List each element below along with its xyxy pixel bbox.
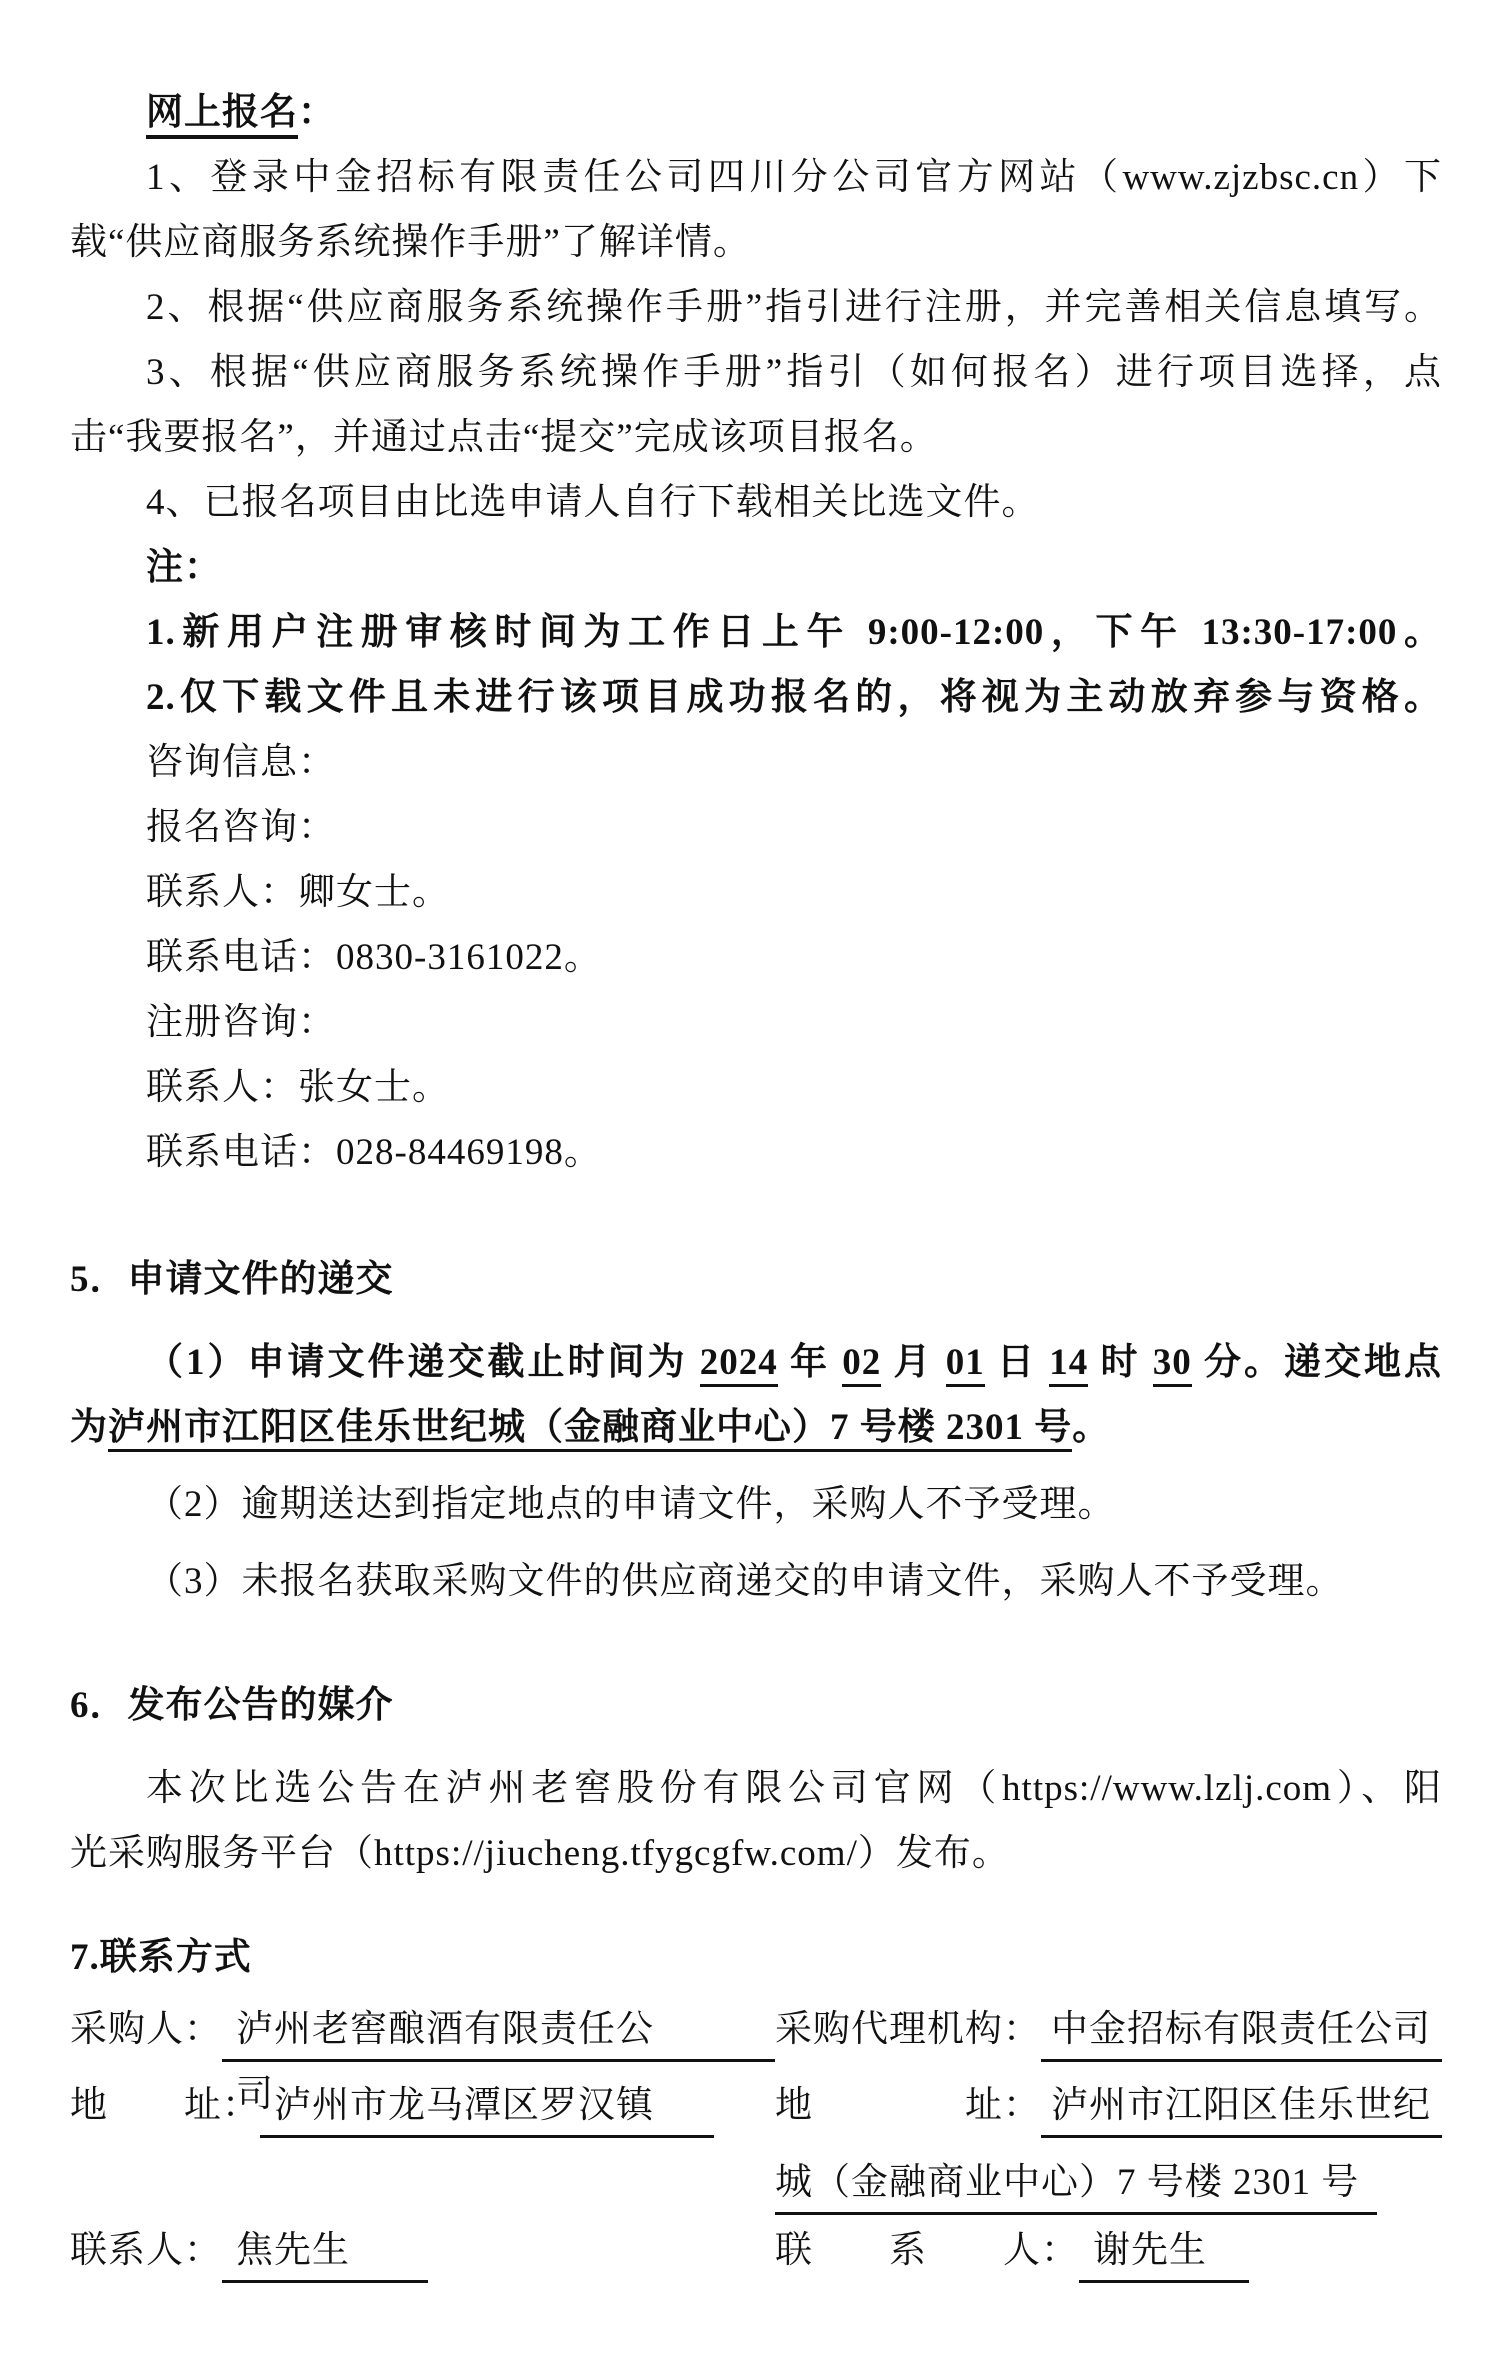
contact-row-names: 采购人：泸州老窖酿酒有限责任公司 采购代理机构：中金招标有限责任公司	[70, 1997, 1442, 2062]
section5-p1-line1: （1）申请文件递交截止时间为 2024 年 02 月 01 日 14 时 30 …	[70, 1330, 1442, 1395]
section7-heading: 7.联系方式	[70, 1925, 1442, 1990]
agency-address-label: 地 址：	[775, 2073, 1041, 2138]
step1-line2: 载“供应商服务系统操作手册”了解详情。	[70, 210, 1442, 275]
purchaser-cell: 采购人：泸州老窖酿酒有限责任公司	[70, 1997, 775, 2062]
deadline-hour-unit: 时	[1088, 1342, 1153, 1383]
note-label: 注：	[70, 535, 1442, 600]
online-signup-heading: 网上报名：	[70, 80, 1442, 145]
agency-cell: 采购代理机构：中金招标有限责任公司	[775, 1997, 1442, 2062]
spacer	[70, 1460, 1442, 1472]
deadline-text: （1）申请文件递交截止时间为	[146, 1342, 700, 1383]
step1-line1: 1、登录中金招标有限责任公司四川分公司官方网站（www.zjzbsc.cn）下	[70, 145, 1442, 210]
agency-contact-value: 谢先生	[1079, 2218, 1249, 2283]
spacer	[70, 1312, 1442, 1330]
section5-p1-line2: 为泸州市江阳区佳乐世纪城（金融商业中心）7 号楼 2301 号。	[70, 1395, 1442, 1460]
note-item-1: 1.新用户注册审核时间为工作日上午 9:00-12:00，下午 13:30-17…	[70, 600, 1442, 665]
address-period: 。	[1072, 1407, 1110, 1448]
section6-body-line1: 本次比选公告在泸州老窖股份有限公司官网（https://www.lzlj.com…	[70, 1756, 1442, 1821]
step4-line: 4、已报名项目由比选申请人自行下载相关比选文件。	[70, 470, 1442, 535]
signup-consult-title: 报名咨询：	[70, 795, 1442, 860]
deadline-day: 01	[946, 1342, 985, 1387]
online-signup-heading-colon: ：	[298, 92, 336, 133]
section5-p3: （3）未报名获取采购文件的供应商递交的申请文件，采购人不予受理。	[70, 1549, 1442, 1614]
agency-value: 中金招标有限责任公司	[1041, 1997, 1442, 2062]
agency-contact-cell: 联 系 人：谢先生	[775, 2218, 1442, 2283]
contact-row-persons: 联系人：焦先生 联 系 人：谢先生	[70, 2218, 1442, 2283]
document-page: 网上报名： 1、登录中金招标有限责任公司四川分公司官方网站（www.zjzbsc…	[0, 0, 1500, 2365]
purchaser-address-label: 地 址：	[70, 2073, 260, 2138]
deadline-day-unit: 日	[985, 1342, 1050, 1383]
consult-info-title: 咨询信息：	[70, 730, 1442, 795]
submission-address: 泸州市江阳区佳乐世纪城（金融商业中心）7 号楼 2301 号	[108, 1407, 1072, 1452]
purchaser-address-cell: 地 址：泸州市龙马潭区罗汉镇	[70, 2073, 775, 2138]
section6-heading: 6．发布公告的媒介	[70, 1673, 1442, 1738]
deadline-hour: 14	[1049, 1342, 1088, 1387]
purchaser-contact-label: 联系人：	[70, 2218, 222, 2283]
purchaser-address-value: 泸州市龙马潭区罗汉镇	[260, 2073, 714, 2138]
spacer	[70, 1886, 1442, 1925]
agency-address-cell: 地 址：泸州市江阳区佳乐世纪	[775, 2073, 1442, 2138]
section5-heading: 5．申请文件的递交	[70, 1247, 1442, 1312]
agency-address-cont-cell: 城（金融商业中心）7 号楼 2301 号	[775, 2150, 1442, 2215]
purchaser-contact-cell: 联系人：焦先生	[70, 2218, 775, 2283]
contact-row-address-cont: 城（金融商业中心）7 号楼 2301 号	[70, 2150, 1442, 2215]
agency-address-value-line2: 城（金融商业中心）7 号楼 2301 号	[775, 2150, 1377, 2215]
contact-row-address: 地 址：泸州市龙马潭区罗汉镇 地 址：泸州市江阳区佳乐世纪	[70, 2073, 1442, 2138]
agency-address-value-line1: 泸州市江阳区佳乐世纪	[1041, 2073, 1442, 2138]
online-signup-heading-text: 网上报名	[146, 92, 298, 139]
deadline-year: 2024	[700, 1342, 778, 1387]
deadline-year-unit: 年	[778, 1342, 843, 1383]
step3-line2: 击“我要报名”，并通过点击“提交”完成该项目报名。	[70, 405, 1442, 470]
purchaser-value: 泸州老窖酿酒有限责任公司	[222, 1997, 775, 2062]
deadline-month-unit: 月	[881, 1342, 946, 1383]
purchaser-contact-value: 焦先生	[222, 2218, 428, 2283]
empty-cell	[70, 2150, 775, 2215]
signup-consult-phone: 联系电话：0830-3161022。	[70, 925, 1442, 990]
deadline-tail: 分。递交地点	[1192, 1342, 1442, 1383]
section5-p2: （2）逾期送达到指定地点的申请文件，采购人不予受理。	[70, 1472, 1442, 1537]
step3-line1: 3、根据“供应商服务系统操作手册”指引（如何报名）进行项目选择，点	[70, 340, 1442, 405]
register-consult-title: 注册咨询：	[70, 990, 1442, 1055]
spacer	[70, 1614, 1442, 1673]
deadline-minute: 30	[1153, 1342, 1192, 1387]
spacer	[70, 1185, 1442, 1247]
step2-line: 2、根据“供应商服务系统操作手册”指引进行注册，并完善相关信息填写。	[70, 275, 1442, 340]
deadline-month: 02	[842, 1342, 881, 1387]
signup-consult-contact: 联系人：卿女士。	[70, 860, 1442, 925]
register-consult-contact: 联系人：张女士。	[70, 1055, 1442, 1120]
address-prefix: 为	[70, 1407, 108, 1448]
spacer	[70, 1990, 1442, 1997]
section6-body-line2: 光采购服务平台（https://jiucheng.tfygcgfw.com/）发…	[70, 1821, 1442, 1886]
agency-contact-label: 联 系 人：	[775, 2218, 1079, 2283]
agency-label: 采购代理机构：	[775, 1997, 1041, 2062]
spacer	[70, 1738, 1442, 1756]
note-item-2: 2.仅下载文件且未进行该项目成功报名的，将视为主动放弃参与资格。	[70, 665, 1442, 730]
spacer	[70, 1537, 1442, 1549]
register-consult-phone: 联系电话：028-84469198。	[70, 1120, 1442, 1185]
purchaser-label: 采购人：	[70, 1997, 222, 2062]
